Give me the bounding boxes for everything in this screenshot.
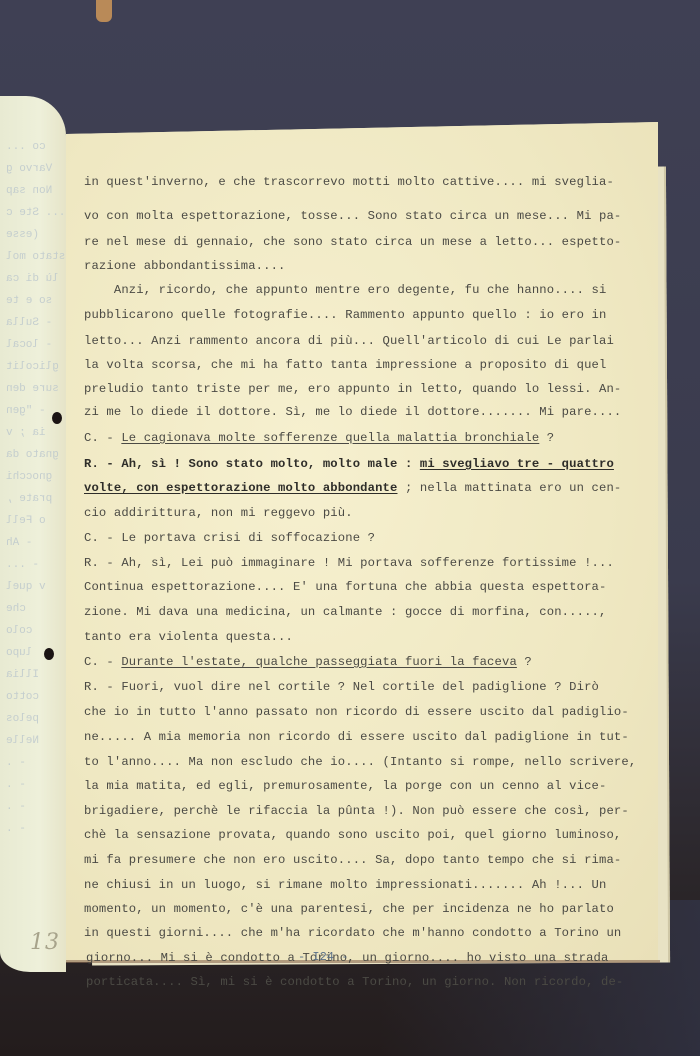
text-line: R. - Ah, sì, Lei può immaginare ! Mi por… (84, 556, 614, 570)
line-text: ; nella mattinata ero un cen- (397, 481, 621, 495)
underlined-text: mi svegliavo tre - quattro (420, 457, 614, 471)
line-text: re nel mese di gennaio, che sono stato c… (84, 235, 621, 249)
text-line: zione. Mi dava una medicina, un calmante… (84, 605, 606, 619)
text-line: pubblicarono quelle fotografie.... Ramme… (84, 308, 606, 322)
text-line: momento, un momento, c'è una parentesi, … (84, 902, 614, 916)
left-page-fragment: cotto (0, 686, 66, 708)
punch-hole-lower (44, 648, 54, 660)
text-line: brigadiere, perchè le rifaccia la pûnta … (84, 804, 629, 818)
text-line: R. - Fuori, vuol dire nel cortile ? Nel … (84, 680, 599, 694)
line-text: C. - (84, 655, 121, 669)
line-text: ? (517, 655, 532, 669)
text-line: la volta scorsa, che mi ha fatto tanta i… (84, 358, 606, 372)
left-page-fragment: co ... (0, 136, 66, 158)
line-text: letto... Anzi rammento ancora di più... … (84, 334, 614, 348)
left-page-fragment: stato mol (0, 246, 66, 268)
line-text: C. - Le portava crisi di soffocazione ? (84, 531, 375, 545)
left-page-fragment: Nelle (0, 730, 66, 752)
left-page-fragment: - . (0, 774, 66, 796)
line-text: ne chiusi in un luogo, si rimane molto i… (84, 878, 606, 892)
left-page-fragment: - local (0, 334, 66, 356)
left-page-fragment: prate , (0, 488, 66, 510)
line-text: in questi giorni.... che m'ha ricordato … (84, 926, 621, 940)
left-page-fragment: Varvo g (0, 158, 66, 180)
line-text: brigadiere, perchè le rifaccia la pûnta … (84, 804, 629, 818)
line-text: chè la sensazione provata, quando sono u… (84, 828, 621, 842)
left-page-fragment: gnocchi (0, 466, 66, 488)
left-page-fragment: gnato da (0, 444, 66, 466)
underlined-text: volte, con espettorazione molto abbondan… (84, 481, 397, 495)
left-page-fragment: pelos (0, 708, 66, 730)
handwritten-folio-mark: 13 (30, 930, 60, 955)
text-line: C. - Le cagionava molte sofferenze quell… (84, 431, 554, 445)
line-text: ? (539, 431, 554, 445)
line-text: che io in tutto l'anno passato non ricor… (84, 705, 629, 719)
left-page-fragment: lù di ca (0, 268, 66, 290)
left-page-fragment: Non sap (0, 180, 66, 202)
line-text: in quest'inverno, e che trascorrevo mott… (84, 175, 614, 189)
left-page-fragment: lupo (0, 642, 66, 664)
line-text: razione abbondantissima.... (84, 259, 286, 273)
line-text: porticata.... Sì, mi si è condotto a Tor… (86, 975, 623, 989)
underlined-text: Le cagionava molte sofferenze quella mal… (121, 431, 539, 445)
left-page-fragment: che (0, 598, 66, 620)
left-page-fragment: (esse (0, 224, 66, 246)
left-page-fragment: - ... (0, 554, 66, 576)
line-text: pubblicarono quelle fotografie.... Ramme… (84, 308, 606, 322)
line-text: R. - Ah, sì, Lei può immaginare ! Mi por… (84, 556, 614, 570)
left-page-fragment: sure den (0, 378, 66, 400)
line-text: preludio tanto triste per me, ero appunt… (84, 382, 621, 396)
line-text: la volta scorsa, che mi ha fatto tanta i… (84, 358, 606, 372)
text-line: R. - Ah, sì ! Sono stato molto, molto ma… (84, 457, 614, 471)
text-line: preludio tanto triste per me, ero appunt… (84, 382, 621, 396)
binding-tab (96, 0, 112, 22)
text-line: in quest'inverno, e che trascorrevo mott… (84, 175, 614, 189)
text-line: mi fa presumere che non ero uscito.... S… (84, 853, 621, 867)
left-page-fragment: so e te (0, 290, 66, 312)
text-line: volte, con espettorazione molto abbondan… (84, 481, 621, 495)
text-line: vo con molta espettorazione, tosse... So… (84, 209, 621, 223)
left-page-fragment: glicolit (0, 356, 66, 378)
line-text: Anzi, ricordo, che appunto mentre ero de… (84, 283, 606, 297)
text-line: C. - Le portava crisi di soffocazione ? (84, 531, 375, 545)
line-text: vo con molta espettorazione, tosse... So… (84, 209, 621, 223)
line-text: ne..... A mia memoria non ricordo di ess… (84, 730, 629, 744)
left-page-fragment: Illia (0, 664, 66, 686)
left-page-fragment: colo (0, 620, 66, 642)
text-line: to l'anno.... Ma non escludo che io.... … (84, 755, 636, 769)
line-text: Continua espettorazione.... E' una fortu… (84, 580, 606, 594)
text-line: razione abbondantissima.... (84, 259, 286, 273)
line-text: to l'anno.... Ma non escludo che io.... … (84, 755, 636, 769)
curled-left-page: co ...Varvo gNon sap... Ste c(essestato … (0, 96, 66, 972)
text-line: Anzi, ricordo, che appunto mentre ero de… (84, 283, 606, 297)
line-text: zi me lo diede il dottore. Sì, me lo die… (84, 405, 621, 419)
left-page-fragment: - . (0, 796, 66, 818)
text-line: letto... Anzi rammento ancora di più... … (84, 334, 614, 348)
left-page-fragment: v quel (0, 576, 66, 598)
line-text: tanto era violenta questa... (84, 630, 293, 644)
line-text: mi fa presumere che non ero uscito.... S… (84, 853, 621, 867)
text-line: ne..... A mia memoria non ricordo di ess… (84, 730, 629, 744)
punch-hole-upper (52, 412, 62, 424)
text-line: porticata.... Sì, mi si è condotto a Tor… (86, 975, 623, 989)
text-line: che io in tutto l'anno passato non ricor… (84, 705, 629, 719)
line-text: R. - Fuori, vuol dire nel cortile ? Nel … (84, 680, 599, 694)
left-page-fragment: ia ; v (0, 422, 66, 444)
line-text: momento, un momento, c'è una parentesi, … (84, 902, 614, 916)
left-page-fragment: ... Ste c (0, 202, 66, 224)
left-page-fragment: - . (0, 818, 66, 840)
text-line: C. - Durante l'estate, qualche passeggia… (84, 655, 532, 669)
text-line: re nel mese di gennaio, che sono stato c… (84, 235, 621, 249)
left-page-fragment: - . (0, 752, 66, 774)
text-line: la mia matita, ed egli, premurosamente, … (84, 779, 606, 793)
text-line: ne chiusi in un luogo, si rimane molto i… (84, 878, 606, 892)
left-page-fragment: - Ah (0, 532, 66, 554)
line-text: C. - (84, 431, 121, 445)
underlined-text: Durante l'estate, qualche passeggiata fu… (121, 655, 517, 669)
text-line: tanto era violenta questa... (84, 630, 293, 644)
text-line: zi me lo diede il dottore. Sì, me lo die… (84, 405, 621, 419)
text-line: in questi giorni.... che m'ha ricordato … (84, 926, 621, 940)
line-text: R. - Ah, sì ! Sono stato molto, molto ma… (84, 457, 420, 471)
line-text: cio addirittura, non mi reggevo più. (84, 506, 353, 520)
text-line: chè la sensazione provata, quando sono u… (84, 828, 621, 842)
left-page-fragment: o Fell (0, 510, 66, 532)
left-page-fragment: - Sulla (0, 312, 66, 334)
text-line: Continua espettorazione.... E' una fortu… (84, 580, 606, 594)
line-text: la mia matita, ed egli, premurosamente, … (84, 779, 606, 793)
text-line: cio addirittura, non mi reggevo più. (84, 506, 353, 520)
left-page-mirrored-text: co ...Varvo gNon sap... Ste c(essestato … (0, 136, 66, 840)
line-text: zione. Mi dava una medicina, un calmante… (84, 605, 606, 619)
page-number: - I24 - (298, 950, 348, 964)
